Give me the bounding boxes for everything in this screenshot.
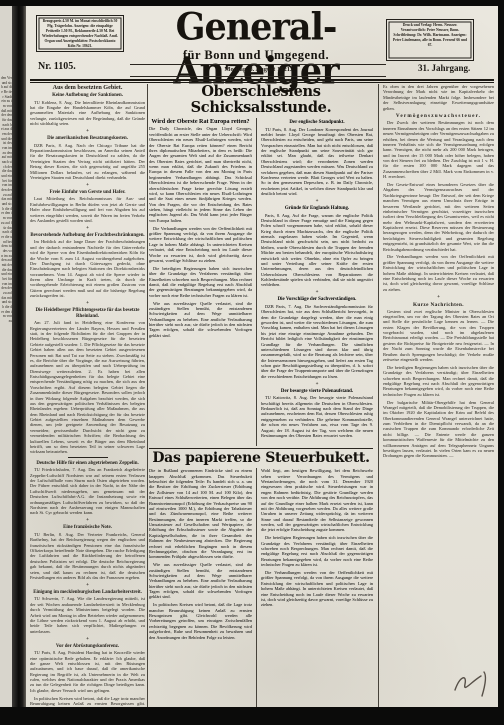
scan-top-border <box>0 0 504 6</box>
second-body: Die in Rußland gewonnenen Eindrücke sind… <box>149 468 252 559</box>
header-rule-thick <box>30 79 494 81</box>
volume-label: 31. Jahrgang. <box>418 63 470 73</box>
right-subhead-kurze-nachrichten: Kurze Nachrichten. <box>383 302 494 308</box>
newspaper-page: Bezugspreis 4.50 M. im Monat einschließl… <box>26 6 498 707</box>
article-body: TU Paris, 8. Aug. Der Londoner Korrespon… <box>261 127 373 197</box>
article-body: Paris, 8. Aug. Auf die Frage, warum die … <box>261 213 373 288</box>
article-headline: Einigung im mecklenburgischen Landarbeit… <box>30 590 145 596</box>
right-column: Es oben in den drei Jahren gegenüber der… <box>378 84 494 708</box>
left-column: Aus dem besetzten Gebiet. Keine Aufhebun… <box>30 84 145 708</box>
ornament-divider: + <box>261 199 373 204</box>
article-headline: Bevorstehende Aufhebung der Frachtbeschr… <box>30 233 145 239</box>
article-body: TU Paris, 8. Aug. Präsident Harding hat … <box>30 650 145 693</box>
ornament-divider: + <box>261 382 373 387</box>
article-headline: Der englische Standpunkt. <box>261 120 373 126</box>
article-headline: Die Vorschläge der Sachverständigen. <box>261 297 373 303</box>
article-headline: Vor der Abrüstungskonferenz. <box>30 644 145 650</box>
dateline-rule-bottom <box>130 76 386 77</box>
article-headline: Freie Einfuhr von Gerste und Hafer. <box>30 190 145 196</box>
lead-body-cont: Die beteiligten Regierungen haben sich i… <box>149 266 252 298</box>
article-body: Am 27. Juli fand in Heidelberg eine Konf… <box>30 320 145 454</box>
section-header-besetztes-gebiet: Aus dem besetzten Gebiet. <box>30 84 145 91</box>
lead-column-2: Der englische Standpunkt. TU Paris, 8. A… <box>257 118 373 446</box>
page-gutter-shadow <box>12 0 27 725</box>
lead-headline: Oberschlesiens Schicksalsstunde. <box>149 84 373 116</box>
lead-body: Die Daily Chronicle, das Organ Lloyd Geo… <box>149 126 252 223</box>
ornament-divider: + <box>261 290 373 295</box>
lead-columns: Wird der Oberste Rat Europa retten? Die … <box>149 118 373 446</box>
article-headline: Die Heidelberger Pflichtengesetze für da… <box>30 308 145 319</box>
second-headline: Das papierene Steuerbukett. <box>149 451 373 466</box>
ornament-divider: + <box>30 129 145 134</box>
ornament-divider: + <box>30 583 145 588</box>
right-body: Die Verhandlungen werden von der Oeffent… <box>383 254 494 292</box>
right-news-items: Gestern sind zwei englische Minister in … <box>383 309 494 363</box>
right-body: Der Zweck der weiteren Bestimmungen ist … <box>383 120 494 179</box>
article-body: TU Berlin, 8. Aug. Der Vertreter Frankre… <box>30 532 145 580</box>
dateline: Montag, 8. August 1921. <box>130 66 386 73</box>
second-body-cont: Die beteiligten Regierungen haben sich i… <box>261 535 373 567</box>
newspaper-scan: den Ver und sich auf die Be der Stadt ei… <box>0 0 504 725</box>
center-section: Oberschlesiens Schicksalsstunde. Wird de… <box>149 84 373 708</box>
section-divider-rule <box>149 448 373 449</box>
second-body-cont: Wie aus zuverlässiger Quelle verlautet, … <box>149 562 252 600</box>
lead-body-cont: Die Verhandlungen werden von der Oeffent… <box>149 226 252 264</box>
lead-body-cont: Wie aus zuverlässiger Quelle verlautet, … <box>149 301 252 339</box>
second-columns: Die in Rußland gewonnenen Eindrücke sind… <box>149 468 373 718</box>
ornament-divider: + <box>30 637 145 642</box>
dateline-rule-top <box>130 64 386 65</box>
right-body: Der bulgarische Militär-Obergehilfe hat … <box>383 400 494 459</box>
article-body: Im Hinblick auf die lange Dauer der Frac… <box>30 239 145 298</box>
article-body: TU Kattowitz, 8. Aug. Der besorgte viert… <box>261 395 373 438</box>
lead-column-1: Wird der Oberste Rat Europa retten? Die … <box>149 118 257 446</box>
second-body: Wohl liegt, am heutigen Bewilligung, bei… <box>261 468 373 533</box>
column-rule <box>147 84 148 708</box>
scan-bottom-border <box>0 707 504 725</box>
article-headline: Deutsche Hilfe für einen abgetriebenen Z… <box>30 461 145 467</box>
ornament-divider: + <box>30 518 145 523</box>
article-headline: Die amerikanischen Besatzungskosten. <box>30 136 145 142</box>
ornament-divider: + <box>30 301 145 306</box>
subscription-price-box: Bezugspreis 4.50 M. im Monat einschließl… <box>36 15 124 52</box>
second-body-cont: In politischen Kreisen wird betont, daß … <box>149 602 252 640</box>
article-headline: Gründe für Englands Haltung. <box>261 206 373 212</box>
article-group-divider <box>68 457 108 458</box>
right-intro: Es oben in den drei Jahren gegenüber der… <box>383 84 494 111</box>
ornament-divider: + <box>30 226 145 231</box>
article-body: DZB Paris, 7. Aug. Die Sachverständigenk… <box>261 304 373 379</box>
lead-subhead: Wird der Oberste Rat Europa retten? <box>149 119 252 125</box>
second-body-cont: Die Verhandlungen werden von der Oeffent… <box>261 570 373 608</box>
second-column-1: Die in Rußland gewonnenen Eindrücke sind… <box>149 468 257 718</box>
right-subhead-vermoegen: Vermögenszuwachssteuer. <box>383 113 494 119</box>
article-headline: Der besorgte vierte Polenaufstand. <box>261 389 373 395</box>
second-column-2: Wohl liegt, am heutigen Bewilligung, bei… <box>257 468 373 718</box>
ornament-divider: + <box>383 295 494 300</box>
issue-number: Nr. 1105. <box>38 61 76 72</box>
masthead-subtitle: für Bonn und Umgegend. <box>124 48 388 63</box>
article-headline: Eine französische Note. <box>30 525 145 531</box>
handwritten-check-mark <box>451 666 495 700</box>
article-body: Laut Mitteilung des Reichskommissars für… <box>30 196 145 223</box>
article-body: TU Schwerin, 7. Aug. Wie die Landesregie… <box>30 596 145 634</box>
right-body: Die beteiligten Regierungen haben sich i… <box>383 365 494 397</box>
publisher-info-box: Druck und Verlag: Herm. Neusser. Verantw… <box>386 19 474 61</box>
article-body: DZB Paris, 8. Aug. Nach der Chicago Trib… <box>30 143 145 181</box>
article-headline: Keine Aufhebung der Sanktionen. <box>30 93 145 99</box>
article-body: TU Friedrichshafen, 7. Aug. Das an Frank… <box>30 467 145 515</box>
article-body: TU Koblenz, 8. Aug. Die Interalliierte R… <box>30 100 145 127</box>
ornament-divider: + <box>30 183 145 188</box>
right-body: Der Gesetz-Entwurf eines besonderen Gese… <box>383 182 494 252</box>
scan-right-border <box>498 0 504 725</box>
